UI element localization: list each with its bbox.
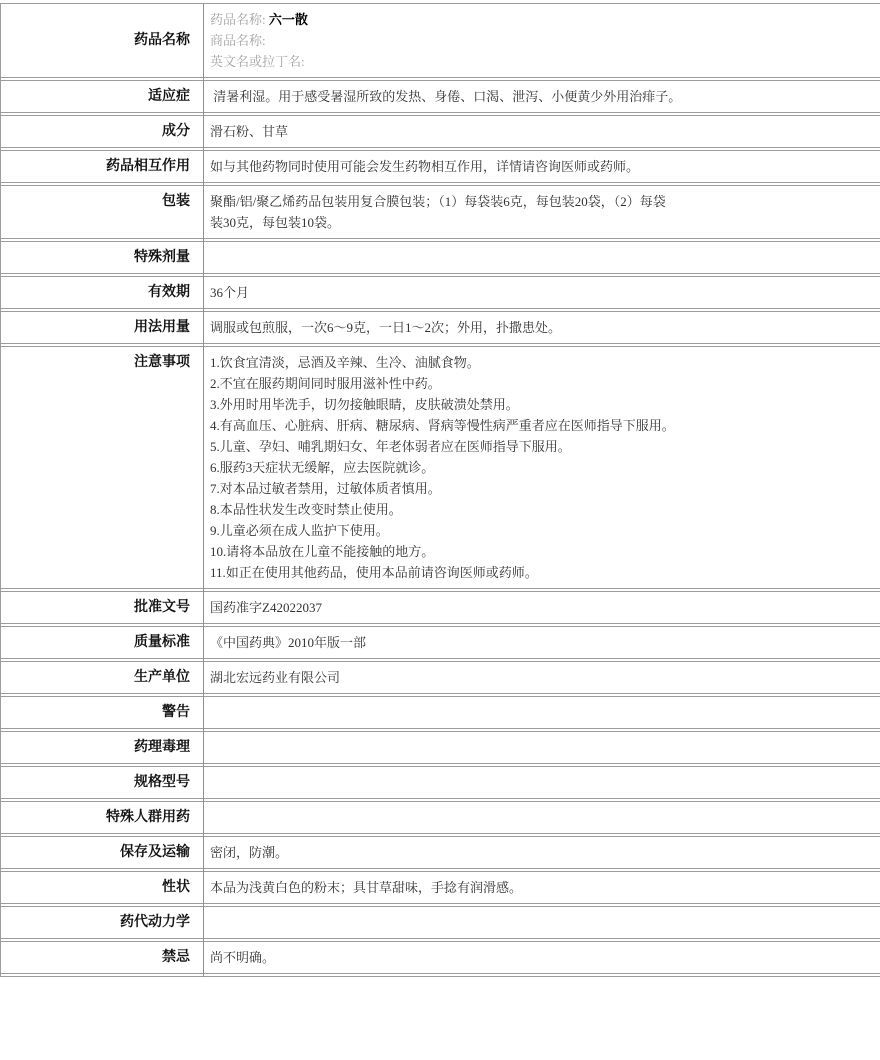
drug-name-key: 药品名称: <box>210 12 266 27</box>
table-row: 生产单位 湖北宏远药业有限公司 <box>1 662 880 697</box>
value-line: 国药准字Z42022037 <box>210 597 868 618</box>
drug-name-line: 药品名称: 六一散 <box>210 9 868 30</box>
table-row: 包装 聚酯/铝/聚乙烯药品包装用复合膜包装；（1）每袋装6克，每包装20袋，（2… <box>1 186 880 242</box>
row-label: 药品相互作用 <box>1 151 203 182</box>
value-line: 清暑利湿。用于感受暑湿所致的发热、身倦、口渴、泄泻、小便黄少外用治痱子。 <box>210 86 868 107</box>
table-row: 有效期 36个月 <box>1 277 880 312</box>
table-row: 批准文号 国药准字Z42022037 <box>1 592 880 627</box>
row-label: 注意事项 <box>1 347 203 378</box>
column-divider <box>203 4 204 977</box>
table-row: 质量标准 《中国药典》2010年版一部 <box>1 627 880 662</box>
row-value: 如与其他药物同时使用可能会发生药物相互作用，详情请咨询医师或药师。 <box>203 151 880 182</box>
value-line: 6.服药3天症状无缓解，应去医院就诊。 <box>210 457 868 478</box>
value-line: 10.请将本品放在儿童不能接触的地方。 <box>210 541 868 562</box>
value-line: 2.不宜在服药期间同时服用滋补性中药。 <box>210 373 868 394</box>
value-line: 1.饮食宜清淡，忌酒及辛辣、生冷、油腻食物。 <box>210 352 868 373</box>
row-value: 尚不明确。 <box>203 942 880 973</box>
row-value: 密闭，防潮。 <box>203 837 880 868</box>
row-value <box>203 907 880 938</box>
row-label: 质量标准 <box>1 627 203 658</box>
value-line: 湖北宏远药业有限公司 <box>210 667 868 688</box>
row-label: 有效期 <box>1 277 203 308</box>
value-line: 滑石粉、甘草 <box>210 121 868 142</box>
row-label: 包装 <box>1 186 203 217</box>
value-line: 11.如正在使用其他药品，使用本品前请咨询医师或药师。 <box>210 562 868 583</box>
row-label: 成分 <box>1 116 203 147</box>
value-line: 调服或包煎服，一次6～9克，一日1～2次；外用，扑撒患处。 <box>210 317 868 338</box>
table-row: 禁忌 尚不明确。 <box>1 942 880 977</box>
value-line: 5.儿童、孕妇、哺乳期妇女、年老体弱者应在医师指导下服用。 <box>210 436 868 457</box>
table-row: 适应症 清暑利湿。用于感受暑湿所致的发热、身倦、口渴、泄泻、小便黄少外用治痱子。 <box>1 81 880 116</box>
row-label: 药代动力学 <box>1 907 203 938</box>
row-label: 特殊剂量 <box>1 242 203 273</box>
table-row: 特殊人群用药 <box>1 802 880 837</box>
row-label: 特殊人群用药 <box>1 802 203 833</box>
value-line: 8.本品性状发生改变时禁止使用。 <box>210 499 868 520</box>
row-label: 用法用量 <box>1 312 203 343</box>
value-line: 装30克，每包装10袋。 <box>210 212 868 233</box>
table-row: 用法用量 调服或包煎服，一次6～9克，一日1～2次；外用，扑撒患处。 <box>1 312 880 347</box>
row-value: 本品为浅黄白色的粉末；具甘草甜味，手捻有润滑感。 <box>203 872 880 903</box>
row-label: 药品名称 <box>1 25 203 56</box>
table-row: 注意事项 1.饮食宜清淡，忌酒及辛辣、生冷、油腻食物。2.不宜在服药期间同时服用… <box>1 347 880 592</box>
table-row: 保存及运输 密闭，防潮。 <box>1 837 880 872</box>
value-line: 尚不明确。 <box>210 947 868 968</box>
row-value: 聚酯/铝/聚乙烯药品包装用复合膜包装；（1）每袋装6克，每包装20袋，（2）每袋… <box>203 186 880 238</box>
row-value: 1.饮食宜清淡，忌酒及辛辣、生冷、油腻食物。2.不宜在服药期间同时服用滋补性中药… <box>203 347 880 588</box>
row-label: 性状 <box>1 872 203 903</box>
row-value: 调服或包煎服，一次6～9克，一日1～2次；外用，扑撒患处。 <box>203 312 880 343</box>
row-label: 警告 <box>1 697 203 728</box>
row-label: 保存及运输 <box>1 837 203 868</box>
row-value: 药品名称: 六一散 商品名称: 英文名或拉丁名: <box>203 4 880 77</box>
row-value: 滑石粉、甘草 <box>203 116 880 147</box>
value-line: 36个月 <box>210 282 868 303</box>
table-row: 药代动力学 <box>1 907 880 942</box>
value-line: 密闭，防潮。 <box>210 842 868 863</box>
row-value <box>203 697 880 728</box>
value-line: 3.外用时用毕洗手，切勿接触眼睛，皮肤破溃处禁用。 <box>210 394 868 415</box>
value-line: 《中国药典》2010年版一部 <box>210 632 868 653</box>
value-line: 4.有高血压、心脏病、肝病、糖尿病、肾病等慢性病严重者应在医师指导下服用。 <box>210 415 868 436</box>
brand-name-key: 商品名称: <box>210 30 868 51</box>
row-value: 国药准字Z42022037 <box>203 592 880 623</box>
row-value: 湖北宏远药业有限公司 <box>203 662 880 693</box>
table-row: 药品相互作用 如与其他药物同时使用可能会发生药物相互作用，详情请咨询医师或药师。 <box>1 151 880 186</box>
row-label: 禁忌 <box>1 942 203 973</box>
table-row: 警告 <box>1 697 880 732</box>
table-row: 特殊剂量 <box>1 242 880 277</box>
row-value: 清暑利湿。用于感受暑湿所致的发热、身倦、口渴、泄泻、小便黄少外用治痱子。 <box>203 81 880 112</box>
row-label: 适应症 <box>1 81 203 112</box>
table-row: 成分 滑石粉、甘草 <box>1 116 880 151</box>
row-value <box>203 242 880 273</box>
table-row: 规格型号 <box>1 767 880 802</box>
row-value: 36个月 <box>203 277 880 308</box>
value-line: 9.儿童必须在成人监护下使用。 <box>210 520 868 541</box>
value-line: 聚酯/铝/聚乙烯药品包装用复合膜包装；（1）每袋装6克，每包装20袋，（2）每袋 <box>210 191 868 212</box>
row-label: 药理毒理 <box>1 732 203 763</box>
drug-name-value: 六一散 <box>269 12 308 27</box>
value-line: 如与其他药物同时使用可能会发生药物相互作用，详情请咨询医师或药师。 <box>210 156 868 177</box>
row-value <box>203 802 880 833</box>
row-value <box>203 732 880 763</box>
row-label: 规格型号 <box>1 767 203 798</box>
table-row-drug-name: 药品名称 药品名称: 六一散 商品名称: 英文名或拉丁名: <box>1 4 880 81</box>
drug-info-table: 药品名称 药品名称: 六一散 商品名称: 英文名或拉丁名: 适应症 清暑利湿。用… <box>0 3 880 977</box>
english-name-key: 英文名或拉丁名: <box>210 51 868 72</box>
value-line: 7.对本品过敏者禁用，过敏体质者慎用。 <box>210 478 868 499</box>
row-label: 生产单位 <box>1 662 203 693</box>
row-value: 《中国药典》2010年版一部 <box>203 627 880 658</box>
row-value <box>203 767 880 798</box>
page: { "colors": { "border": "#9c9c9c", "divi… <box>0 0 880 1060</box>
table-row: 性状 本品为浅黄白色的粉末；具甘草甜味，手捻有润滑感。 <box>1 872 880 907</box>
row-label: 批准文号 <box>1 592 203 623</box>
value-line: 本品为浅黄白色的粉末；具甘草甜味，手捻有润滑感。 <box>210 877 868 898</box>
table-row: 药理毒理 <box>1 732 880 767</box>
